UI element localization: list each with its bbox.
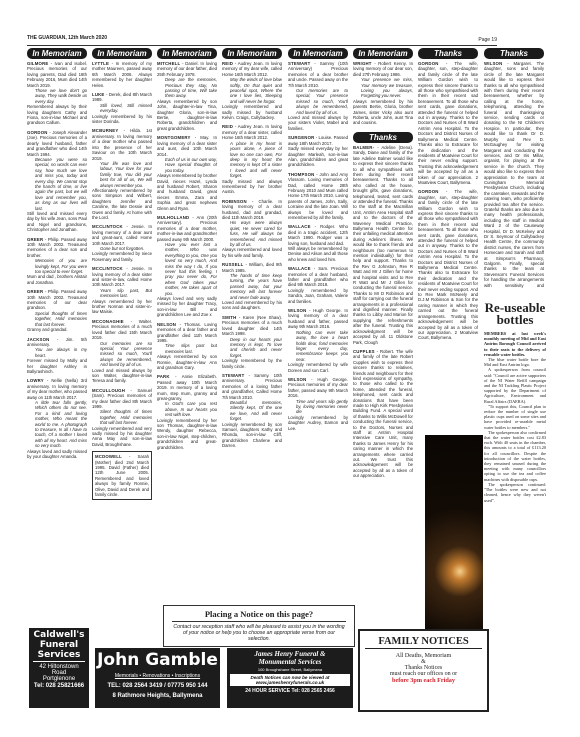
notice-entry: GORDON - The wife, daughter, son, step-d…	[418, 189, 478, 340]
article-paragraph: The blue water bottle bore the Mid and E…	[484, 357, 546, 367]
notice-paragraph: SMITH - Karen (Nee Shaw). Precious memor…	[222, 315, 282, 337]
family-notices-title: FAMILY NOTICES	[365, 636, 482, 649]
notice-verse: His ways were always quiet, He never car…	[222, 220, 282, 247]
notice-verse: A place in my heart is yours alone, A pi…	[222, 141, 282, 179]
notice-verse: Your life was love and labour, Your love…	[92, 161, 152, 188]
notice-closing: Mum and dad , brothers Alistair and Jona…	[27, 274, 87, 285]
notice-paragraph: RUSSELL - William, died 9th March 1985.	[222, 262, 282, 273]
notice-entry: GREER - Philip. Passed away 10th March 2…	[27, 237, 87, 286]
notice-entry: REID - Audrey Jean. In loving memory of …	[222, 61, 282, 120]
notice-entry: REID - Audrey Jean. In loving memory of …	[222, 124, 282, 194]
placing-notice-box: Placing a Notice on this page? Contact o…	[163, 605, 355, 647]
notice-paragraph: BALMER- - Adeline (Dena). Sandy, Diane a…	[353, 145, 413, 345]
notice-name: GREER	[27, 237, 43, 242]
jh-line2: Monumental Services	[227, 658, 353, 666]
article-body: The blue water bottle bore the Mid and E…	[484, 357, 546, 503]
notice-verse: Our memories are so special, Your presen…	[92, 341, 152, 368]
notice-verse: Time and years slip gently by, loving me…	[288, 399, 348, 415]
notice-name: GORDON	[418, 61, 439, 66]
notice-verse: Each of us in our own way, Have special …	[157, 157, 217, 173]
notice-entry: WILSON - Margaret. The daughter, sons an…	[484, 61, 544, 288]
family-notices-box: FAMILY NOTICES All Deaths, Memoriam & Th…	[358, 629, 489, 712]
notice-verse: Special thoughts of times together, Hold…	[27, 311, 87, 327]
notice-closing: Always remembered by son Ronnie, daughte…	[157, 354, 217, 370]
caldwell-address-3: Portglenone	[29, 676, 89, 682]
notice-name: STEWART	[222, 373, 244, 378]
notice-paragraph: GREER - Philip. Passed away 10th March 2…	[27, 237, 87, 259]
notice-entry: GORDON - The wife, daughter, son, step-d…	[418, 61, 478, 185]
notice-closing: Always loved and sadly missed by your da…	[27, 449, 87, 460]
notice-verse: Deep in our hearts your memory is kept, …	[222, 337, 282, 359]
notice-name: MCBURNEY	[92, 128, 118, 133]
notice-closing: Sadly missed everyday by her daughter Ma…	[288, 146, 348, 168]
section-header: In Memoriam	[27, 48, 87, 59]
article-headline: Re-useable bottles	[484, 302, 546, 326]
gamble-tel: TEL: 028 2564 3419 / 07775 950 144	[95, 683, 220, 689]
notice-closing: Remembered always by their loving daught…	[27, 104, 87, 126]
notice-entry: STEWART - Sammy (10th Anniversary) Preci…	[288, 61, 348, 131]
notice-text: - John and Amy Vlossom. Loving memories …	[288, 172, 348, 220]
column-thanks-1: ThanksGORDON - The wife, daughter, son, …	[418, 48, 478, 433]
notice-closing: Still loved and missed every day by his …	[27, 211, 87, 233]
notice-closing: Loved and missed always by your sisters …	[288, 115, 348, 131]
notice-closing: Granny and grandad.	[27, 327, 87, 332]
notice-verse: Because you were so special, no words ca…	[27, 157, 87, 211]
notice-paragraph: WILSON - Hugh George. In loving memory o…	[288, 308, 348, 330]
notice-entry: WALLACE - Rodger. Who died in a tragic a…	[288, 224, 348, 262]
notice-verse: Time slips past but memories last.	[157, 343, 217, 354]
section-header: In Memoriam	[222, 48, 282, 59]
notice-closing: Lovingly remembered by Sandra, Joan, Gra…	[288, 288, 348, 304]
notice-name: RUSSELL	[222, 262, 243, 267]
notice-name: WILSON	[288, 377, 306, 382]
notice-entry: RUSSELL - William, died 9th March 1985.T…	[222, 262, 282, 311]
notice-name: MCDOWELL	[95, 454, 122, 459]
notice-name: SURGENOR	[288, 135, 314, 140]
notice-closing: Affectionately remembered by sons Simpso…	[92, 188, 152, 220]
jh-tel: 24 HOUR SERVICE Tel: 028 2565 2456	[227, 688, 353, 694]
notice-closing: Lovingly remembered by niece Rosemary an…	[92, 251, 152, 262]
notice-name: LUKE	[92, 92, 105, 97]
publication-date: THE GUARDIAN, 12th March 2020	[27, 35, 107, 41]
notice-paragraph: STEWART - Sammy (10th Anniversary) Preci…	[288, 61, 348, 88]
notice-entry: MITCHELL - Daniel. In loving memory of o…	[157, 61, 217, 131]
notice-entry: NELSON - Thomas. Loving memories of a de…	[157, 322, 217, 371]
notice-verse: Memories of you are lovingly kept, For y…	[27, 258, 87, 274]
notice-name: MCCULLOUGH	[92, 388, 125, 393]
caldwell-tel: Tel: 028 25821666	[29, 683, 89, 689]
notice-name: MCCLINTOCK	[92, 224, 123, 229]
notice-closing: Lovingly remembered by his sister Dorind…	[92, 114, 152, 125]
notice-paragraph: WRIGHT - Robert Kenny. In loving memory …	[353, 61, 413, 77]
jh-notice-box: Death Notices can now be viewed at www.j…	[230, 674, 350, 686]
notice-text: - Hilda. 1st anniversary. In loving memo…	[92, 128, 152, 160]
caldwell-services: Services	[33, 650, 85, 662]
section-header: In Memoriam	[157, 48, 217, 59]
notice-closing: Sadly missed and always remembered by he…	[222, 179, 282, 195]
notice-closing: Loved and remembered by his sons and dau…	[222, 300, 282, 311]
notice-name: STEWART	[288, 61, 310, 66]
article-paragraph: The spokesperson also confirmed that the…	[484, 430, 546, 482]
notice-name: MULHOLLAND	[157, 215, 189, 220]
notice-entry: MCDOWELL - Sarah (Mother) died 2nd March…	[92, 451, 152, 500]
notice-name: MCCLINTOCK	[92, 266, 123, 271]
notice-paragraph: GORDON - Joseph Alexander (Joe). Preciou…	[27, 130, 87, 157]
notice-entry: MONTGOMERY - May. In loving memory of a …	[157, 135, 217, 211]
notice-entry: GORDON - Joseph Alexander (Joe). Preciou…	[27, 130, 87, 233]
notice-paragraph: WILSON - Margaret. The daughter, sons an…	[484, 61, 544, 288]
caldwell-funeral-ad: Caldwell's Funeral Services 42 Hiltonsto…	[29, 628, 89, 708]
notice-name: WALLACE	[288, 266, 311, 271]
notice-entry: THOMPSON - John and Amy Vlossom. Loving …	[288, 172, 348, 221]
notice-paragraph: REID - Audrey Jean. In loving memory of …	[222, 124, 282, 140]
notice-paragraph: LYTTLE - In memory of my mother Maureen,…	[92, 61, 152, 88]
notice-entry: MCCLINTOCK - Jessie. In loving memory of…	[92, 224, 152, 262]
notice-name: CUPPLES	[353, 349, 375, 354]
notice-name: ROBINSON	[222, 199, 247, 204]
jh-address: 100 Broughshane Street, Ballymena	[227, 667, 353, 672]
notice-entry: SURGENOR - Louise. Passed away 18th Marc…	[288, 135, 348, 167]
notice-closing: Forever missed by Molly and her daughter…	[27, 358, 87, 374]
notice-entry: GILMORE - Ivan and Isobel. Precious memo…	[27, 61, 87, 126]
notice-entry: SMITH - Karen (Nee Shaw). Precious memor…	[222, 315, 282, 369]
notice-verse: In God's care you rest above, In our hea…	[157, 401, 217, 417]
notice-name: REID	[222, 61, 233, 66]
notice-entry: MCCULLOUGH - Samuel (Sam). Precious memo…	[92, 388, 152, 447]
notice-closing: Always loved and very sadly missed by he…	[157, 296, 217, 318]
column-in-memoriam-1: In MemoriamGILMORE - Ivan and Isobel. Pr…	[27, 48, 87, 623]
notice-paragraph: WILSON - Hugh George. Precious memories …	[288, 377, 348, 399]
notice-name: GREER	[27, 289, 43, 294]
notice-paragraph: JACKSON - Jim. 5th anniversary.	[27, 337, 87, 348]
notice-paragraph: WALLACE - Sam. Precious memories of a de…	[288, 266, 348, 288]
notice-paragraph: CUPPLES - Robert. The wife and family of…	[353, 349, 413, 479]
notice-entry: CUPPLES - Robert. The wife and family of…	[353, 349, 413, 479]
notice-name: MCCONAGHIE	[92, 319, 124, 324]
notice-entry: WILSON - Hugh George. Precious memories …	[288, 377, 348, 431]
caldwell-funeral: Funeral	[29, 640, 89, 650]
notice-paragraph: WALLACE - Rodger. Who died in a tragic a…	[288, 224, 348, 246]
notice-paragraph: MCCONAGHIE - Walter. Precious memories o…	[92, 319, 152, 341]
notice-name: NELSON	[157, 322, 176, 327]
notice-paragraph: MCCULLOUGH - Samuel (Sam). Precious memo…	[92, 388, 152, 410]
notice-paragraph: MCCLINTOCK - Jessie. In loving memory of…	[92, 224, 152, 246]
notice-entry: MCCLINTOCK - Jessie. In loving memory of…	[92, 266, 152, 315]
notice-text: - The wife, daughter, son, step-daughter…	[418, 189, 478, 340]
notice-entry: WRIGHT - Robert Kenny. In loving memory …	[353, 61, 413, 126]
notice-verse: Silent thoughts of times together, Hold …	[92, 409, 152, 425]
notice-paragraph: NELSON - Thomas. Loving memories of a de…	[157, 322, 217, 344]
notice-verse: May the winds of love blow softly, On th…	[222, 77, 282, 104]
notice-name: JACKSON	[27, 337, 49, 342]
article-paragraph: "To support this, Council plan to reduce…	[484, 404, 546, 430]
notice-paragraph: REID - Audrey Jean. In loving memory of …	[222, 61, 282, 77]
notice-closing: Lovingly remembered and very sadly misse…	[92, 426, 152, 448]
section-header: In Memoriam	[92, 48, 152, 59]
section-header: Thanks	[418, 48, 478, 59]
notice-name: GORDON	[27, 130, 48, 135]
jh-line1: James Henry Funeral &	[227, 650, 353, 658]
notice-entry: MCBURNEY - Hilda. 1st anniversary. In lo…	[92, 128, 152, 220]
notice-text: - Adeline (Dena). Sandy, Diane and famil…	[353, 145, 413, 345]
placing-notice-body: Contact our reception staff who will be …	[172, 624, 346, 642]
notice-closing: Always remembered by brother David, niec…	[157, 173, 217, 211]
notice-entry: MULHOLLAND - Ann (20th Anniversary). Pre…	[157, 215, 217, 318]
section-header-thanks: Thanks	[353, 132, 413, 143]
notice-entry: PARK - Annie Elizabeth. Passed away 10th…	[157, 374, 217, 450]
notice-entry: LUKE - Derek, died 8th March 1989.Still …	[92, 92, 152, 124]
article-paragraph: The spokesperson continued: "The bottles…	[484, 482, 546, 503]
article-paragraph: A spokesperson from council said: "Counc…	[484, 367, 546, 403]
placing-notice-title: Placing a Notice on this page?	[172, 609, 346, 622]
column-in-memoriam-5: In MemoriamSTEWART - Sammy (10th Anniver…	[288, 48, 348, 603]
notice-entry: BALMER- - Adeline (Dena). Sandy, Diane a…	[353, 145, 413, 345]
notice-paragraph: GILMORE - Ivan and Isobel. Precious memo…	[27, 61, 87, 88]
notice-verse: The hands of time keep turning, the year…	[222, 273, 282, 300]
notice-entry: LYTTLE - In memory of my mother Maureen,…	[92, 61, 152, 88]
notice-name: WALLACE	[288, 224, 311, 229]
jh-website-link[interactable]: www.jameshenryfunerals.co.uk	[230, 680, 350, 685]
notice-text: - The wife, daughter, son, step-daughter…	[418, 61, 478, 185]
family-notices-deadline: before 3pm each Friday	[360, 677, 487, 684]
notice-entry: GREER - Philip. Passed away 10th March 2…	[27, 289, 87, 332]
notice-paragraph: MCCLINTOCK - Jessie. In loving memory of…	[92, 266, 152, 288]
notice-paragraph: MCBURNEY - Hilda. 1st anniversary. In lo…	[92, 128, 152, 160]
notice-paragraph: GORDON - The wife, daughter, son, step-d…	[418, 61, 478, 185]
notice-closing: Lovingly remembered and sadly missed by …	[222, 104, 282, 120]
notice-entry: MCCONAGHIE - Walter. Precious memories o…	[92, 319, 152, 384]
notice-name: BALMER-	[353, 145, 374, 150]
notice-paragraph: PARK - Annie Elizabeth. Passed away 10th…	[157, 374, 217, 401]
gamble-name: John Gamble	[95, 651, 220, 669]
notice-closing: Will always be remembered by Denise and …	[288, 246, 348, 262]
notice-verse: Beautiful memories, Silently kept, Of th…	[222, 400, 282, 422]
notice-entry: STEWART - Sammy. 10th anniversary. Preci…	[222, 373, 282, 449]
notice-entry: WALLACE - Sam. Precious memories of a de…	[288, 266, 348, 304]
notice-name: MONTGOMERY	[157, 135, 191, 140]
column-in-memoriam-thanks: In MemoriamWRIGHT - Robert Kenny. In lov…	[353, 48, 413, 638]
caldwell-name: Caldwell's	[29, 630, 89, 640]
notice-name: MITCHELL	[157, 61, 180, 66]
candle-image	[425, 435, 483, 630]
notice-name: WILSON	[484, 61, 502, 66]
notice-closing: Lovingly remembered by her son Thomas, d…	[157, 418, 217, 450]
notice-name: LOWRY	[27, 378, 44, 383]
notice-paragraph: GREER - Philip. Passed away 10th March 2…	[27, 289, 87, 311]
notice-name: WILSON	[288, 308, 306, 313]
notice-verse: Years slip past, But memories last.	[92, 288, 152, 299]
notice-closing: Always remembered by her brother Norman …	[92, 299, 152, 315]
notice-name: GORDON	[418, 189, 439, 194]
notice-entry: ROBINSON - Charlie. In loving memory of …	[222, 199, 282, 258]
notice-entry: LOWRY - Nellie (Nella) 3rd anniversary. …	[27, 378, 87, 459]
notice-name: PARK	[157, 374, 170, 379]
notice-closing: Always remembered by his parents Bertie,…	[353, 99, 413, 126]
notice-entry: WILSON - Hugh George. In loving memory o…	[288, 308, 348, 373]
column-in-memoriam-2: In MemoriamLYTTLE - In memory of my moth…	[92, 48, 152, 598]
notice-verse: Still loved, Still missed everyday.	[92, 103, 152, 114]
notice-paragraph: MCDOWELL - Sarah (Mother) died 2nd March…	[95, 454, 149, 497]
notice-verse: You are always in my heart.	[27, 347, 87, 358]
notice-name: WRIGHT	[353, 61, 372, 66]
gamble-services: Memorials • Renovations • Inscriptions	[95, 673, 220, 679]
column-in-memoriam-4: In MemoriamREID - Audrey Jean. In loving…	[222, 48, 282, 603]
notice-verse: Have you ever lost a mother, Who was eve…	[157, 242, 217, 296]
notice-paragraph: SURGENOR - Louise. Passed away 18th Marc…	[288, 135, 348, 146]
notice-entry: JACKSON - Jim. 5th anniversary.You are a…	[27, 337, 87, 375]
james-henry-ad: James Henry Funeral & Monumental Service…	[227, 648, 353, 708]
section-header: In Memoriam	[288, 48, 348, 59]
notice-verse: Deep are the memories, Precious they sta…	[157, 77, 217, 99]
notice-text: - Robert. The wife and family of the lat…	[353, 349, 413, 478]
notice-name: REID	[222, 124, 233, 129]
page-number: Page 19	[478, 37, 497, 43]
notice-closing: Lovingly remembered by son Samuel, daugh…	[222, 422, 282, 449]
notice-name: LYTTLE	[92, 61, 109, 66]
notice-closing: Always remembered by son John, daughter-…	[157, 99, 217, 131]
notice-verse: Nothing can ever take away, the love a h…	[288, 330, 348, 362]
article-reuseable-bottles: Re-useable bottles MEMBERS at last week'…	[484, 298, 546, 503]
notice-closing: Loved and missed always by son Walter, d…	[92, 368, 152, 384]
notice-paragraph: THOMPSON - John and Amy Vlossom. Loving …	[288, 172, 348, 221]
gamble-address: 8 Rathmore Heights, Ballymena	[95, 693, 220, 699]
notice-paragraph: LOWRY - Nellie (Nella) 3rd anniversary. …	[27, 378, 87, 400]
notice-paragraph: MULHOLLAND - Ann (20th Anniversary). Pre…	[157, 215, 217, 242]
notice-name: SMITH	[222, 315, 236, 320]
notice-text: - Margaret. The daughter, sons and famil…	[484, 61, 544, 288]
column-in-memoriam-3: In MemoriamMITCHELL - Daniel. In loving …	[157, 48, 217, 603]
notice-name: GILMORE	[27, 61, 48, 66]
notice-closing: Lovingly remembered by wife Doreen and s…	[288, 362, 348, 373]
notice-verse: Those we love don't go away, They walk b…	[27, 88, 87, 104]
notice-name: THOMPSON	[288, 172, 314, 177]
notice-closing: Lovingly remembered by the family circle…	[222, 358, 282, 369]
column-thanks-2: ThanksWILSON - Margaret. The daughter, s…	[484, 48, 544, 288]
notice-paragraph: MITCHELL - Daniel. In loving memory of o…	[157, 61, 217, 77]
notice-closing: Always remembered and loved by his wife …	[222, 247, 282, 258]
notice-paragraph: GORDON - The wife, daughter, son, step-d…	[418, 189, 478, 340]
notice-paragraph: LUKE - Derek, died 8th March 1989.	[92, 92, 152, 103]
john-gamble-ad: John Gamble Memorials • Renovations • In…	[95, 648, 220, 708]
notice-closing: Lovingly remembered by daughter Audrey, …	[288, 415, 348, 431]
notice-text: - Sarah (Mother) died 2nd March 1995. Da…	[95, 454, 149, 497]
masthead: THE GUARDIAN, 12th March 2020 Page 19	[27, 35, 497, 46]
notice-verse: Our memories are to special, Your presen…	[288, 88, 348, 115]
article-lead: MEMBERS at last week's monthly meeting o…	[484, 331, 546, 357]
section-header: Thanks	[484, 48, 544, 59]
notice-verse: Your presence we miss, Your memory we tr…	[353, 77, 413, 99]
section-header: In Memoriam	[353, 48, 413, 59]
notice-paragraph: STEWART - Sammy. 10th anniversary. Preci…	[222, 373, 282, 400]
notice-verse: A little tear falls gently, Which others…	[27, 400, 87, 449]
notice-paragraph: MONTGOMERY - May. In loving memory of a …	[157, 135, 217, 157]
notice-paragraph: ROBINSON - Charlie. In loving memory of …	[222, 199, 282, 221]
